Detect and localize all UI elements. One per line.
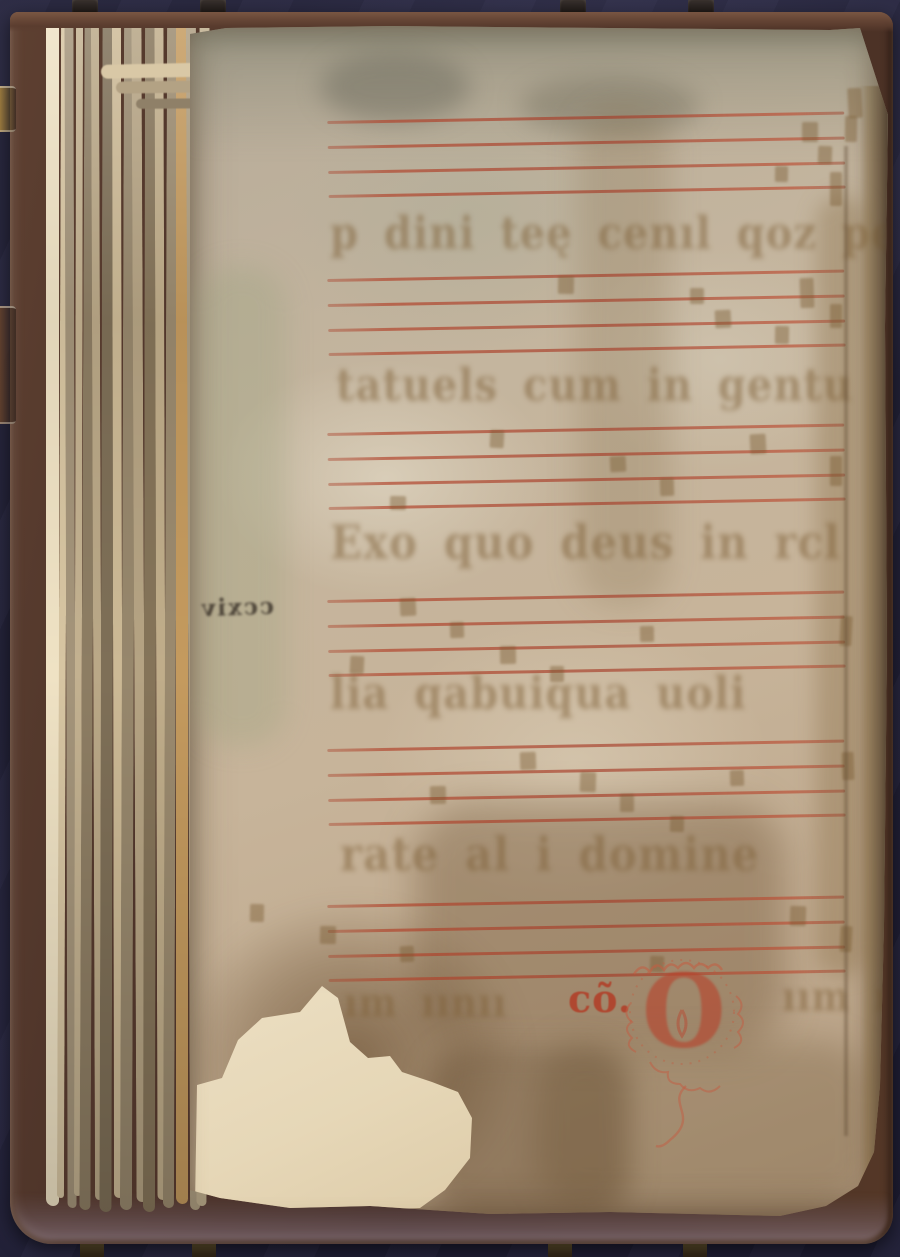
faded-text-layer: p dini teę cenıl qoz perttatuels cum in …: [330, 26, 870, 1216]
faded-text-line: Exo quo deus in rcl: [330, 515, 841, 570]
faded-text-line: p dini teę cenıl qoz pert: [330, 207, 900, 260]
clasp-strap: [0, 86, 16, 132]
initial-letter: O: [642, 962, 726, 1063]
faded-text-line: rate al i domine: [340, 827, 760, 882]
faded-text-line: tatuels cum in gentu: [336, 359, 853, 412]
faded-text-line: ım ıınıı: [344, 979, 507, 1026]
green-tinge-stain: [196, 266, 286, 746]
manuscript-photo: p dini teę cenıl qoz perttatuels cum in …: [0, 0, 900, 1257]
parchment-page: p dini teę cenıl qoz perttatuels cum in …: [190, 26, 888, 1216]
faded-text-line: lia qabuiqua uoli: [330, 667, 746, 720]
offset-folio-number: ccxiv: [200, 593, 275, 623]
neume-mark: [250, 904, 264, 922]
decorated-initial: O: [620, 944, 750, 1154]
page-fold-line: [844, 146, 848, 1136]
clasp-strap: [0, 306, 16, 424]
page-stack-edges: [46, 28, 208, 1216]
